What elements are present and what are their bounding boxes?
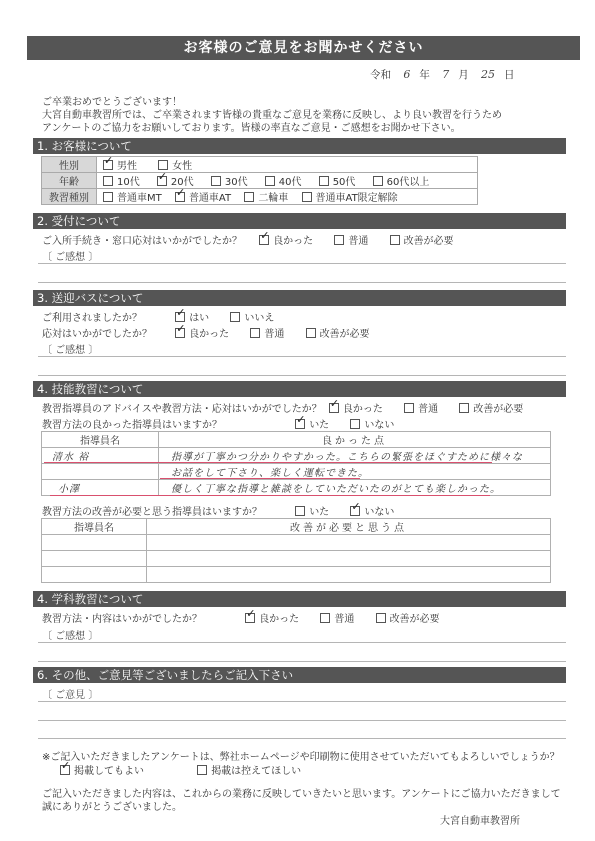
- table-row: [42, 567, 551, 583]
- checkbox-checked-icon[interactable]: [157, 176, 167, 186]
- customer-info-table: 性別 男性 女性 年齢 10代 20代 30代 40代 50代 60代以上 教習…: [41, 156, 478, 205]
- checkbox-icon[interactable]: [350, 419, 360, 429]
- checkbox-icon[interactable]: [319, 176, 329, 186]
- classroom-comment-line-2[interactable]: [38, 661, 566, 662]
- bus-service-normal[interactable]: 普通: [250, 325, 284, 340]
- checkbox-icon[interactable]: [230, 312, 240, 322]
- skill-advice-question: 教習指導員のアドバイスや教習方法・応対はいかがでしたか？: [42, 404, 322, 415]
- option-label: 二輪車: [258, 193, 288, 204]
- checkbox-checked-icon[interactable]: [103, 160, 113, 170]
- intro-line-1: ご卒業おめでとうございます！: [42, 96, 182, 109]
- other-comment-line-1[interactable]: [38, 701, 566, 702]
- option-label: 普通車AT限定解除: [316, 193, 398, 204]
- instructor-name-cell[interactable]: [42, 464, 159, 480]
- instructor-name-cell[interactable]: 小澤: [42, 480, 159, 496]
- date-field[interactable]: 令和 6年 7月 25日: [370, 67, 515, 82]
- bus-usage-question: ご利用されましたか？: [42, 309, 172, 324]
- good-instructor-row: 教習方法の良かった指導員はいますか？ いた いない: [42, 416, 412, 431]
- checkbox-icon[interactable]: [211, 176, 221, 186]
- section-1-header: 1. お客様について: [33, 138, 566, 154]
- col-instructor-name: 指導員名: [42, 432, 159, 448]
- intro-line-2: 大宮自動車教習所では、ご卒業されます皆様の貴重なご意見を業務に反映し、より良い教…: [42, 109, 502, 122]
- handwriting-underline: [44, 462, 492, 463]
- option-label: 60代以上: [387, 177, 430, 188]
- date-day[interactable]: 25: [481, 68, 495, 81]
- checkbox-icon[interactable]: [295, 506, 305, 516]
- option-label: 普通車AT: [189, 193, 231, 204]
- course-type-row: 教習種別 普通車MT 普通車AT 二輪車 普通車AT限定解除: [42, 189, 478, 205]
- good-points-cell[interactable]: 優しく丁寧な指導と雑談をしていただいたのがとても楽しかった。: [159, 480, 551, 496]
- good-instructor-table: 指導員名 良かった点 清水 裕 指導が丁寧かつ分かりやすかった。こちらの緊張をほ…: [41, 431, 551, 496]
- checkbox-icon[interactable]: [459, 403, 469, 413]
- date-era: 令和: [370, 69, 391, 81]
- classroom-option-improve[interactable]: 改善が必要: [376, 610, 440, 625]
- date-month[interactable]: 7: [442, 68, 449, 81]
- classroom-question-row: 教習方法・内容はいかがでしたか？ 良かった 普通 改善が必要: [42, 610, 458, 625]
- section-3-header: 3. 送迎バスについて: [33, 290, 566, 306]
- checkbox-icon[interactable]: [334, 235, 344, 245]
- gender-label: 性別: [42, 157, 97, 173]
- table-row: [42, 551, 551, 567]
- checkbox-icon[interactable]: [197, 765, 207, 775]
- option-label: はい: [189, 313, 209, 324]
- bus-service-good[interactable]: 良かった: [175, 325, 229, 340]
- bus-service-improve[interactable]: 改善が必要: [306, 325, 370, 340]
- bus-comment-label: 〔 ご感想 〕: [42, 341, 98, 356]
- checkbox-icon[interactable]: [244, 192, 254, 202]
- checkbox-checked-icon[interactable]: [295, 419, 305, 429]
- handwriting-underline: [160, 478, 360, 479]
- good-instructor-question: 教習方法の良かった指導員はいますか？: [42, 416, 292, 431]
- option-label: 普通: [418, 404, 438, 415]
- option-label: いない: [364, 507, 394, 518]
- option-label: いた: [309, 507, 329, 518]
- option-label: いない: [364, 420, 394, 431]
- other-comment-line-3[interactable]: [38, 738, 566, 739]
- option-label: 掲載してもよい: [74, 766, 144, 777]
- handwriting-underline: [50, 495, 490, 496]
- course-type-options: 普通車MT 普通車AT 二輪車 普通車AT限定解除: [97, 189, 478, 205]
- checkbox-icon[interactable]: [103, 176, 113, 186]
- option-label: 30代: [225, 177, 248, 188]
- instructor-name-cell[interactable]: [42, 567, 147, 583]
- bus-service-row: 応対はいかがでしたか？ 良かった 普通 改善が必要: [42, 325, 388, 340]
- publish-decline[interactable]: 掲載は控えてほしい: [197, 762, 301, 777]
- table-header-row: 指導員名 改善が必要と思う点: [42, 519, 551, 535]
- improve-points-cell[interactable]: [147, 567, 551, 583]
- reception-option-normal[interactable]: 普通: [334, 232, 368, 247]
- checkbox-checked-icon[interactable]: [245, 613, 255, 623]
- improve-instructor-question: 教習方法の改善が必要と思う指導員はいますか？: [42, 503, 292, 518]
- intro-line-3: アンケートのご協力をお願いしております。皆様の率直なご意見・ご感想をお聞かせ下さ…: [42, 122, 461, 135]
- classroom-question: 教習方法・内容はいかがでしたか？: [42, 610, 242, 625]
- option-label: 改善が必要: [320, 329, 370, 340]
- other-comment-label: 〔 ご意見 〕: [42, 686, 98, 701]
- checkbox-checked-icon[interactable]: [350, 506, 360, 516]
- skill-advice-row: 教習指導員のアドバイスや教習方法・応対はいかがでしたか？ 良かった 普通 改善が…: [42, 400, 541, 415]
- option-label: 10代: [117, 177, 140, 188]
- col-good-points: 良かった点: [159, 432, 551, 448]
- option-label: 掲載は控えてほしい: [211, 766, 301, 777]
- classroom-option-normal[interactable]: 普通: [320, 610, 354, 625]
- improve-instructor-table: 指導員名 改善が必要と思う点: [41, 518, 551, 583]
- option-label: 普通: [348, 236, 368, 247]
- gender-options: 男性 女性: [97, 157, 478, 173]
- option-mt[interactable]: 普通車MT: [103, 189, 162, 204]
- bus-usage-row: ご利用されましたか？ はい いいえ: [42, 309, 292, 324]
- checkbox-icon[interactable]: [404, 403, 414, 413]
- checkbox-icon[interactable]: [250, 328, 260, 338]
- checkbox-checked-icon[interactable]: [259, 235, 269, 245]
- checkbox-checked-icon[interactable]: [329, 403, 339, 413]
- col-instructor-name: 指導員名: [42, 519, 147, 535]
- instructor-name-cell[interactable]: [42, 551, 147, 567]
- option-label: 改善が必要: [404, 236, 454, 247]
- option-10s[interactable]: 10代: [103, 173, 140, 188]
- checkbox-checked-icon[interactable]: [175, 312, 185, 322]
- checkbox-checked-icon[interactable]: [60, 765, 70, 775]
- checkbox-checked-icon[interactable]: [175, 328, 185, 338]
- option-label: 改善が必要: [473, 404, 523, 415]
- option-male[interactable]: 男性: [103, 157, 137, 172]
- reception-question-row: ご入所手続き・窓口応対はいかがでしたか？ 良かった 普通 改善が必要: [42, 232, 472, 247]
- option-label: 50代: [333, 177, 356, 188]
- improve-instructor-yes[interactable]: いた: [295, 503, 329, 518]
- form-title-bar: お客様のご意見をお聞かせください: [27, 36, 580, 60]
- classroom-option-good[interactable]: 良かった: [245, 610, 299, 625]
- reception-question: ご入所手続き・窓口応対はいかがでしたか？: [42, 236, 242, 247]
- option-label: 良かった: [189, 329, 229, 340]
- year-unit: 年: [419, 69, 430, 81]
- classroom-comment-label: 〔 ご感想 〕: [42, 627, 98, 642]
- publish-question: ※ご記入いただきましたアンケートは、弊社ホームページや印刷物に使用させていただい…: [42, 748, 560, 763]
- skill-advice-normal[interactable]: 普通: [404, 400, 438, 415]
- age-label: 年齢: [42, 173, 97, 189]
- option-label: 普通車MT: [117, 193, 162, 204]
- option-label: 女性: [172, 161, 192, 172]
- publish-options: 掲載してもよい 掲載は控えてほしい: [60, 762, 319, 777]
- reception-comment-label: 〔 ご感想 〕: [42, 248, 98, 263]
- reception-comment-line-2[interactable]: [38, 282, 566, 283]
- publish-allow[interactable]: 掲載してもよい: [60, 762, 144, 777]
- improve-instructor-row: 教習方法の改善が必要と思う指導員はいますか？ いた いない: [42, 503, 412, 518]
- improve-points-cell[interactable]: [147, 551, 551, 567]
- option-motorcycle[interactable]: 二輪車: [244, 189, 288, 204]
- reception-option-improve[interactable]: 改善が必要: [390, 232, 454, 247]
- date-year[interactable]: 6: [403, 68, 410, 81]
- option-label: 男性: [117, 161, 137, 172]
- option-60s-plus[interactable]: 60代以上: [373, 173, 430, 188]
- skill-advice-improve[interactable]: 改善が必要: [459, 400, 523, 415]
- option-label: 良かった: [273, 236, 313, 247]
- signature: 大宮自動車教習所: [440, 812, 520, 827]
- option-label: 改善が必要: [390, 614, 440, 625]
- table-header-row: 指導員名 良かった点: [42, 432, 551, 448]
- instructor-name-cell[interactable]: [42, 535, 147, 551]
- classroom-comment-line-1[interactable]: [38, 642, 566, 643]
- option-label: 良かった: [343, 404, 383, 415]
- checkbox-icon[interactable]: [390, 235, 400, 245]
- course-type-label: 教習種別: [42, 189, 97, 205]
- col-improve-points: 改善が必要と思う点: [147, 519, 551, 535]
- checkbox-icon[interactable]: [158, 160, 168, 170]
- bus-usage-no[interactable]: いいえ: [230, 309, 274, 324]
- checkbox-icon[interactable]: [103, 192, 113, 202]
- checkbox-icon[interactable]: [306, 328, 316, 338]
- section-4-header: 4. 技能教習について: [33, 381, 566, 397]
- age-row: 年齢 10代 20代 30代 40代 50代 60代以上: [42, 173, 478, 189]
- option-label: いいえ: [244, 313, 274, 324]
- good-instructor-no[interactable]: いない: [350, 416, 394, 431]
- reception-option-good[interactable]: 良かった: [259, 232, 313, 247]
- option-label: 普通: [334, 614, 354, 625]
- other-comment-line-2[interactable]: [38, 720, 566, 721]
- option-at-limit-removal[interactable]: 普通車AT限定解除: [302, 189, 398, 204]
- gender-row: 性別 男性 女性: [42, 157, 478, 173]
- good-instructor-yes[interactable]: いた: [295, 416, 329, 431]
- option-label: いた: [309, 420, 329, 431]
- option-label: 普通: [264, 329, 284, 340]
- option-40s[interactable]: 40代: [265, 173, 302, 188]
- closing-line-2: 誠にありがとうございました。: [42, 798, 182, 813]
- bus-comment-line-2[interactable]: [38, 375, 566, 376]
- option-label: 40代: [279, 177, 302, 188]
- bus-service-question: 応対はいかがでしたか？: [42, 325, 172, 340]
- option-50s[interactable]: 50代: [319, 173, 356, 188]
- checkbox-checked-icon[interactable]: [175, 192, 185, 202]
- checkbox-icon[interactable]: [376, 613, 386, 623]
- reception-comment-line-1[interactable]: [38, 263, 566, 264]
- table-row: 小澤 優しく丁寧な指導と雑談をしていただいたのがとても楽しかった。: [42, 480, 551, 496]
- option-label: 良かった: [259, 614, 299, 625]
- option-at[interactable]: 普通車AT: [175, 189, 231, 204]
- section-6-header: 6. その他、ご意見等ございましたらご記入下さい: [33, 667, 566, 683]
- section-5-header: 4. 学科教習について: [33, 591, 566, 607]
- skill-advice-good[interactable]: 良かった: [329, 400, 383, 415]
- bus-comment-line-1[interactable]: [38, 356, 566, 357]
- improve-points-cell[interactable]: [147, 535, 551, 551]
- checkbox-icon[interactable]: [373, 176, 383, 186]
- checkbox-icon[interactable]: [265, 176, 275, 186]
- section-2-header: 2. 受付について: [33, 213, 566, 229]
- age-options: 10代 20代 30代 40代 50代 60代以上: [97, 173, 478, 189]
- table-row: [42, 535, 551, 551]
- checkbox-icon[interactable]: [320, 613, 330, 623]
- form-title: お客様のご意見をお聞かせください: [184, 40, 424, 56]
- improve-instructor-no[interactable]: いない: [350, 503, 394, 518]
- option-30s[interactable]: 30代: [211, 173, 248, 188]
- checkbox-icon[interactable]: [302, 192, 312, 202]
- month-unit: 月: [458, 69, 469, 81]
- day-unit: 日: [504, 69, 515, 81]
